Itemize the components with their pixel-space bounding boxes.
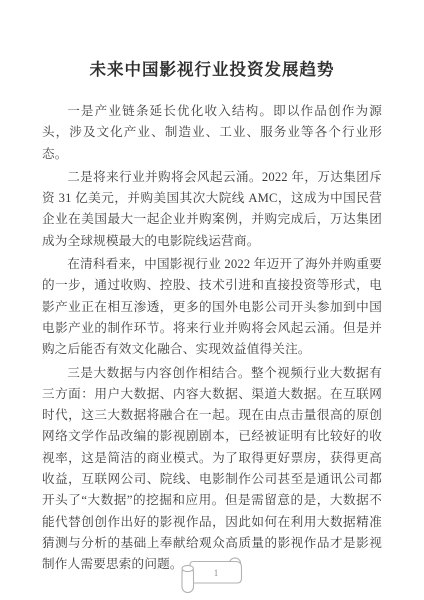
page-number-scroll-icon: 1 xyxy=(174,554,250,596)
paragraph-3: 在清科看来，中国影视行业 2022 年迈开了海外并购重要的一步，通过收购、控股、… xyxy=(42,254,382,360)
paragraph-2: 二是将来行业并购将会风起云涌。2022 年，万达集团斥资 31 亿美元，并购美国… xyxy=(42,167,382,252)
document-page: 未来中国影视行业投资发展趋势 一是产业链条延长优化收入结构。即以作品创作为源头，… xyxy=(0,0,424,600)
page-number: 1 xyxy=(214,568,219,578)
scroll-roll-top xyxy=(182,565,193,571)
paragraph-4: 三是大数据与内容创作相结合。整个视频行业大数据有三方面：用户大数据、内容大数据、… xyxy=(42,363,382,576)
page-footer: 1 xyxy=(0,554,424,596)
document-body: 一是产业链条延长优化收入结构。即以作品创作为源头，涉及文化产业、制造业、工业、服… xyxy=(42,101,382,576)
paragraph-1: 一是产业链条延长优化收入结构。即以作品创作为源头，涉及文化产业、制造业、工业、服… xyxy=(42,101,382,165)
page-title: 未来中国影视行业投资发展趋势 xyxy=(42,56,382,80)
